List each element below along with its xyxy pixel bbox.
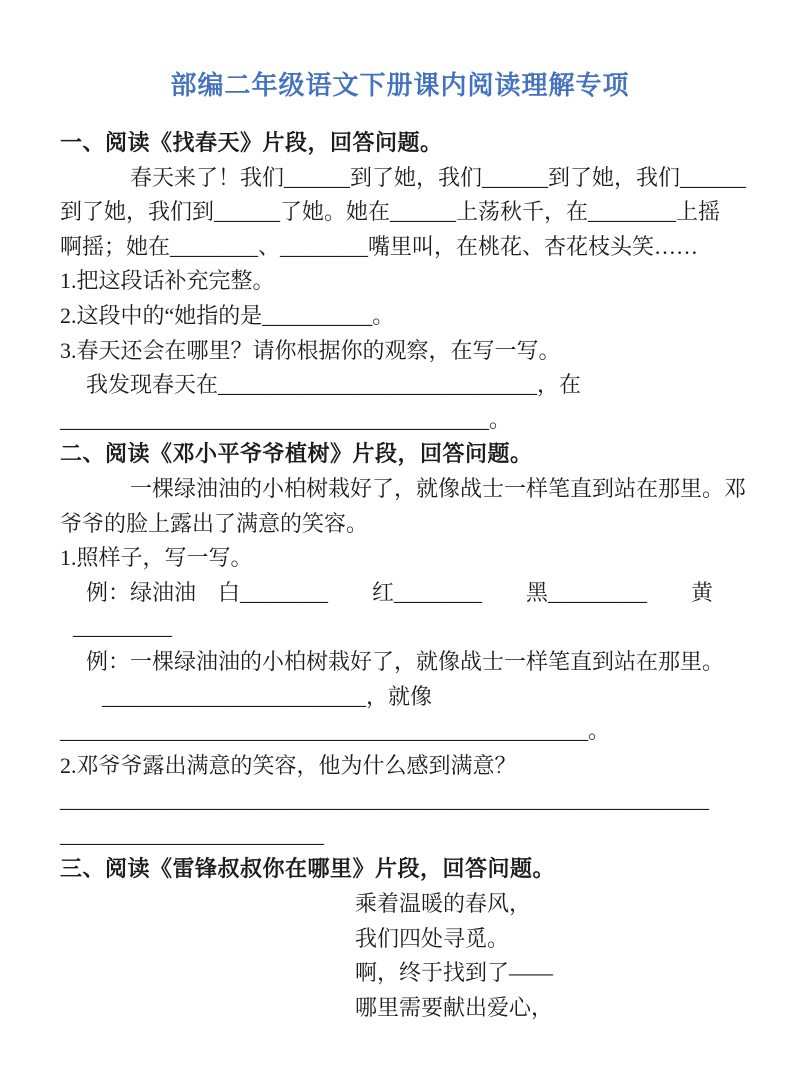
- section1-answer-line-2: _______________________________________。: [60, 403, 740, 438]
- section3-poem-line-3: 啊，终于找到了——: [60, 956, 740, 991]
- section2-paragraph-line-1: 一棵绿油油的小柏树栽好了，就像战士一样笔直到站在那里。邓: [60, 472, 740, 507]
- section3-poem-line-1: 乘着温暖的春风，: [60, 887, 740, 922]
- section2-example-1-continuation: _________: [60, 610, 740, 645]
- section2-answer-line-4: ________________________: [60, 818, 740, 853]
- section2-example-1: 例：绿油油 白________ 红________ 黑_________ 黄: [60, 576, 740, 611]
- section3-poem-line-4: 哪里需要献出爱心，: [60, 991, 740, 1026]
- section3-heading: 三、阅读《雷锋叔叔你在哪里》片段，回答问题。: [60, 852, 740, 887]
- section2-answer-line-2: ________________________________________…: [60, 714, 740, 749]
- section2-answer-line-1: ________________________，就像: [60, 680, 740, 715]
- section2-paragraph-line-2: 爷爷的脸上露出了满意的笑容。: [60, 507, 740, 542]
- section2-example-2: 例：一棵绿油油的小柏树栽好了，就像战士一样笔直到站在那里。: [60, 645, 740, 680]
- section1-paragraph-line-2: 到了她，我们到______了她。她在______上荡秋千，在________上摇: [60, 195, 740, 230]
- section2-heading: 二、阅读《邓小平爷爷植树》片段，回答问题。: [60, 437, 740, 472]
- section1-question-3: 3.春天还会在哪里？请你根据你的观察，在写一写。: [60, 334, 740, 369]
- section1-question-1: 1.把这段话补充完整。: [60, 264, 740, 299]
- section1-heading: 一、阅读《找春天》片段，回答问题。: [60, 126, 740, 161]
- section2-question-1: 1.照样子，写一写。: [60, 541, 740, 576]
- section1-paragraph-line-1: 春天来了！我们______到了她，我们______到了她，我们______: [60, 161, 740, 196]
- section1-question-2: 2.这段中的“她指的是__________。: [60, 299, 740, 334]
- section1-answer-line-1: 我发现春天在_____________________________，在: [60, 368, 740, 403]
- section1-paragraph-line-3: 啊摇；她在________、________嘴里叫，在桃花、杏花枝头笑……: [60, 230, 740, 265]
- section2-answer-line-3: ________________________________________…: [60, 783, 740, 818]
- worksheet-page: 部编二年级语文下册课内阅读理解专项 一、阅读《找春天》片段，回答问题。 春天来了…: [0, 0, 793, 1076]
- page-title: 部编二年级语文下册课内阅读理解专项: [60, 62, 740, 108]
- section2-question-2: 2.邓爷爷露出满意的笑容，他为什么感到满意？: [60, 749, 740, 784]
- section3-poem-line-2: 我们四处寻觅。: [60, 922, 740, 957]
